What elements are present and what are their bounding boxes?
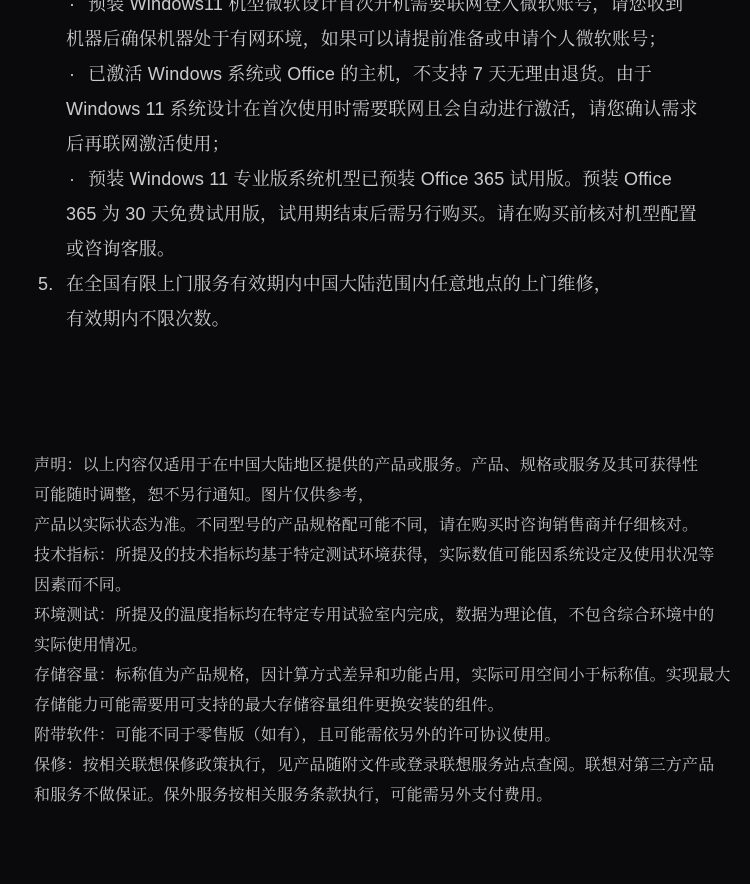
disclaimer-environment-test: 环境测试：所提及的温度指标均在特定专用试验室内完成，数据为理论值，不包含综合环境…	[34, 601, 750, 661]
note-activated-windows-no-return: · 已激活 Windows 系统或 Office 的主机，不支持 7 天无理由退…	[66, 57, 738, 162]
note-text: 预装 Windows11 机型微软设计首次开机需要联网登入微软账号，请您收到 机…	[66, 0, 683, 49]
note-text: 预装 Windows 11 专业版系统机型已预装 Office 365 试用版。…	[66, 169, 697, 259]
disclaimer-tech-specs: 技术指标：所提及的技术指标均基于特定测试环境获得，实际数值可能因系统设定及使用状…	[34, 541, 750, 601]
note-office-365-trial: · 预装 Windows 11 专业版系统机型已预装 Office 365 试用…	[66, 162, 738, 267]
disclaimer-bundled-software: 附带软件：可能不同于零售版（如有），且可能需依另外的许可协议使用。	[34, 721, 750, 751]
note-text: 在全国有限上门服务有效期内中国大陆范围内任意地点的上门维修， 有效期内不限次数。	[66, 274, 612, 329]
disclaimer-storage-capacity: 存储容量：标称值为产品规格，因计算方式差异和功能占用，实际可用空间小于标称值。实…	[34, 661, 750, 721]
note-preinstalled-windows11-account: · 预装 Windows11 机型微软设计首次开机需要联网登入微软账号，请您收到…	[66, 0, 738, 57]
disclaimer-product-actual-state: 产品以实际状态为准。不同型号的产品规格配可能不同，请在购买时咨询销售商并仔细核对…	[34, 511, 750, 541]
disclaimer-warranty: 保修：按相关联想保修政策执行，见产品随附文件或登录联想服务站点查阅。联想对第三方…	[34, 751, 750, 811]
service-notes-list: · 预装 Windows11 机型微软设计首次开机需要联网登入微软账号，请您收到…	[66, 0, 738, 337]
bullet-marker: ·	[69, 162, 75, 197]
note-text: 已激活 Windows 系统或 Office 的主机，不支持 7 天无理由退货。…	[66, 64, 698, 154]
note-onsite-service: 5. 在全国有限上门服务有效期内中国大陆范围内任意地点的上门维修， 有效期内不限…	[66, 267, 738, 337]
number-marker: 5.	[38, 267, 53, 302]
product-notes-page: · 预装 Windows11 机型微软设计首次开机需要联网登入微软账号，请您收到…	[0, 0, 750, 884]
disclaimer-section: 声明：以上内容仅适用于在中国大陆地区提供的产品或服务。产品、规格或服务及其可获得…	[34, 451, 750, 811]
disclaimer-statement: 声明：以上内容仅适用于在中国大陆地区提供的产品或服务。产品、规格或服务及其可获得…	[34, 451, 750, 511]
bullet-marker: ·	[69, 0, 75, 22]
bullet-marker: ·	[69, 57, 75, 92]
